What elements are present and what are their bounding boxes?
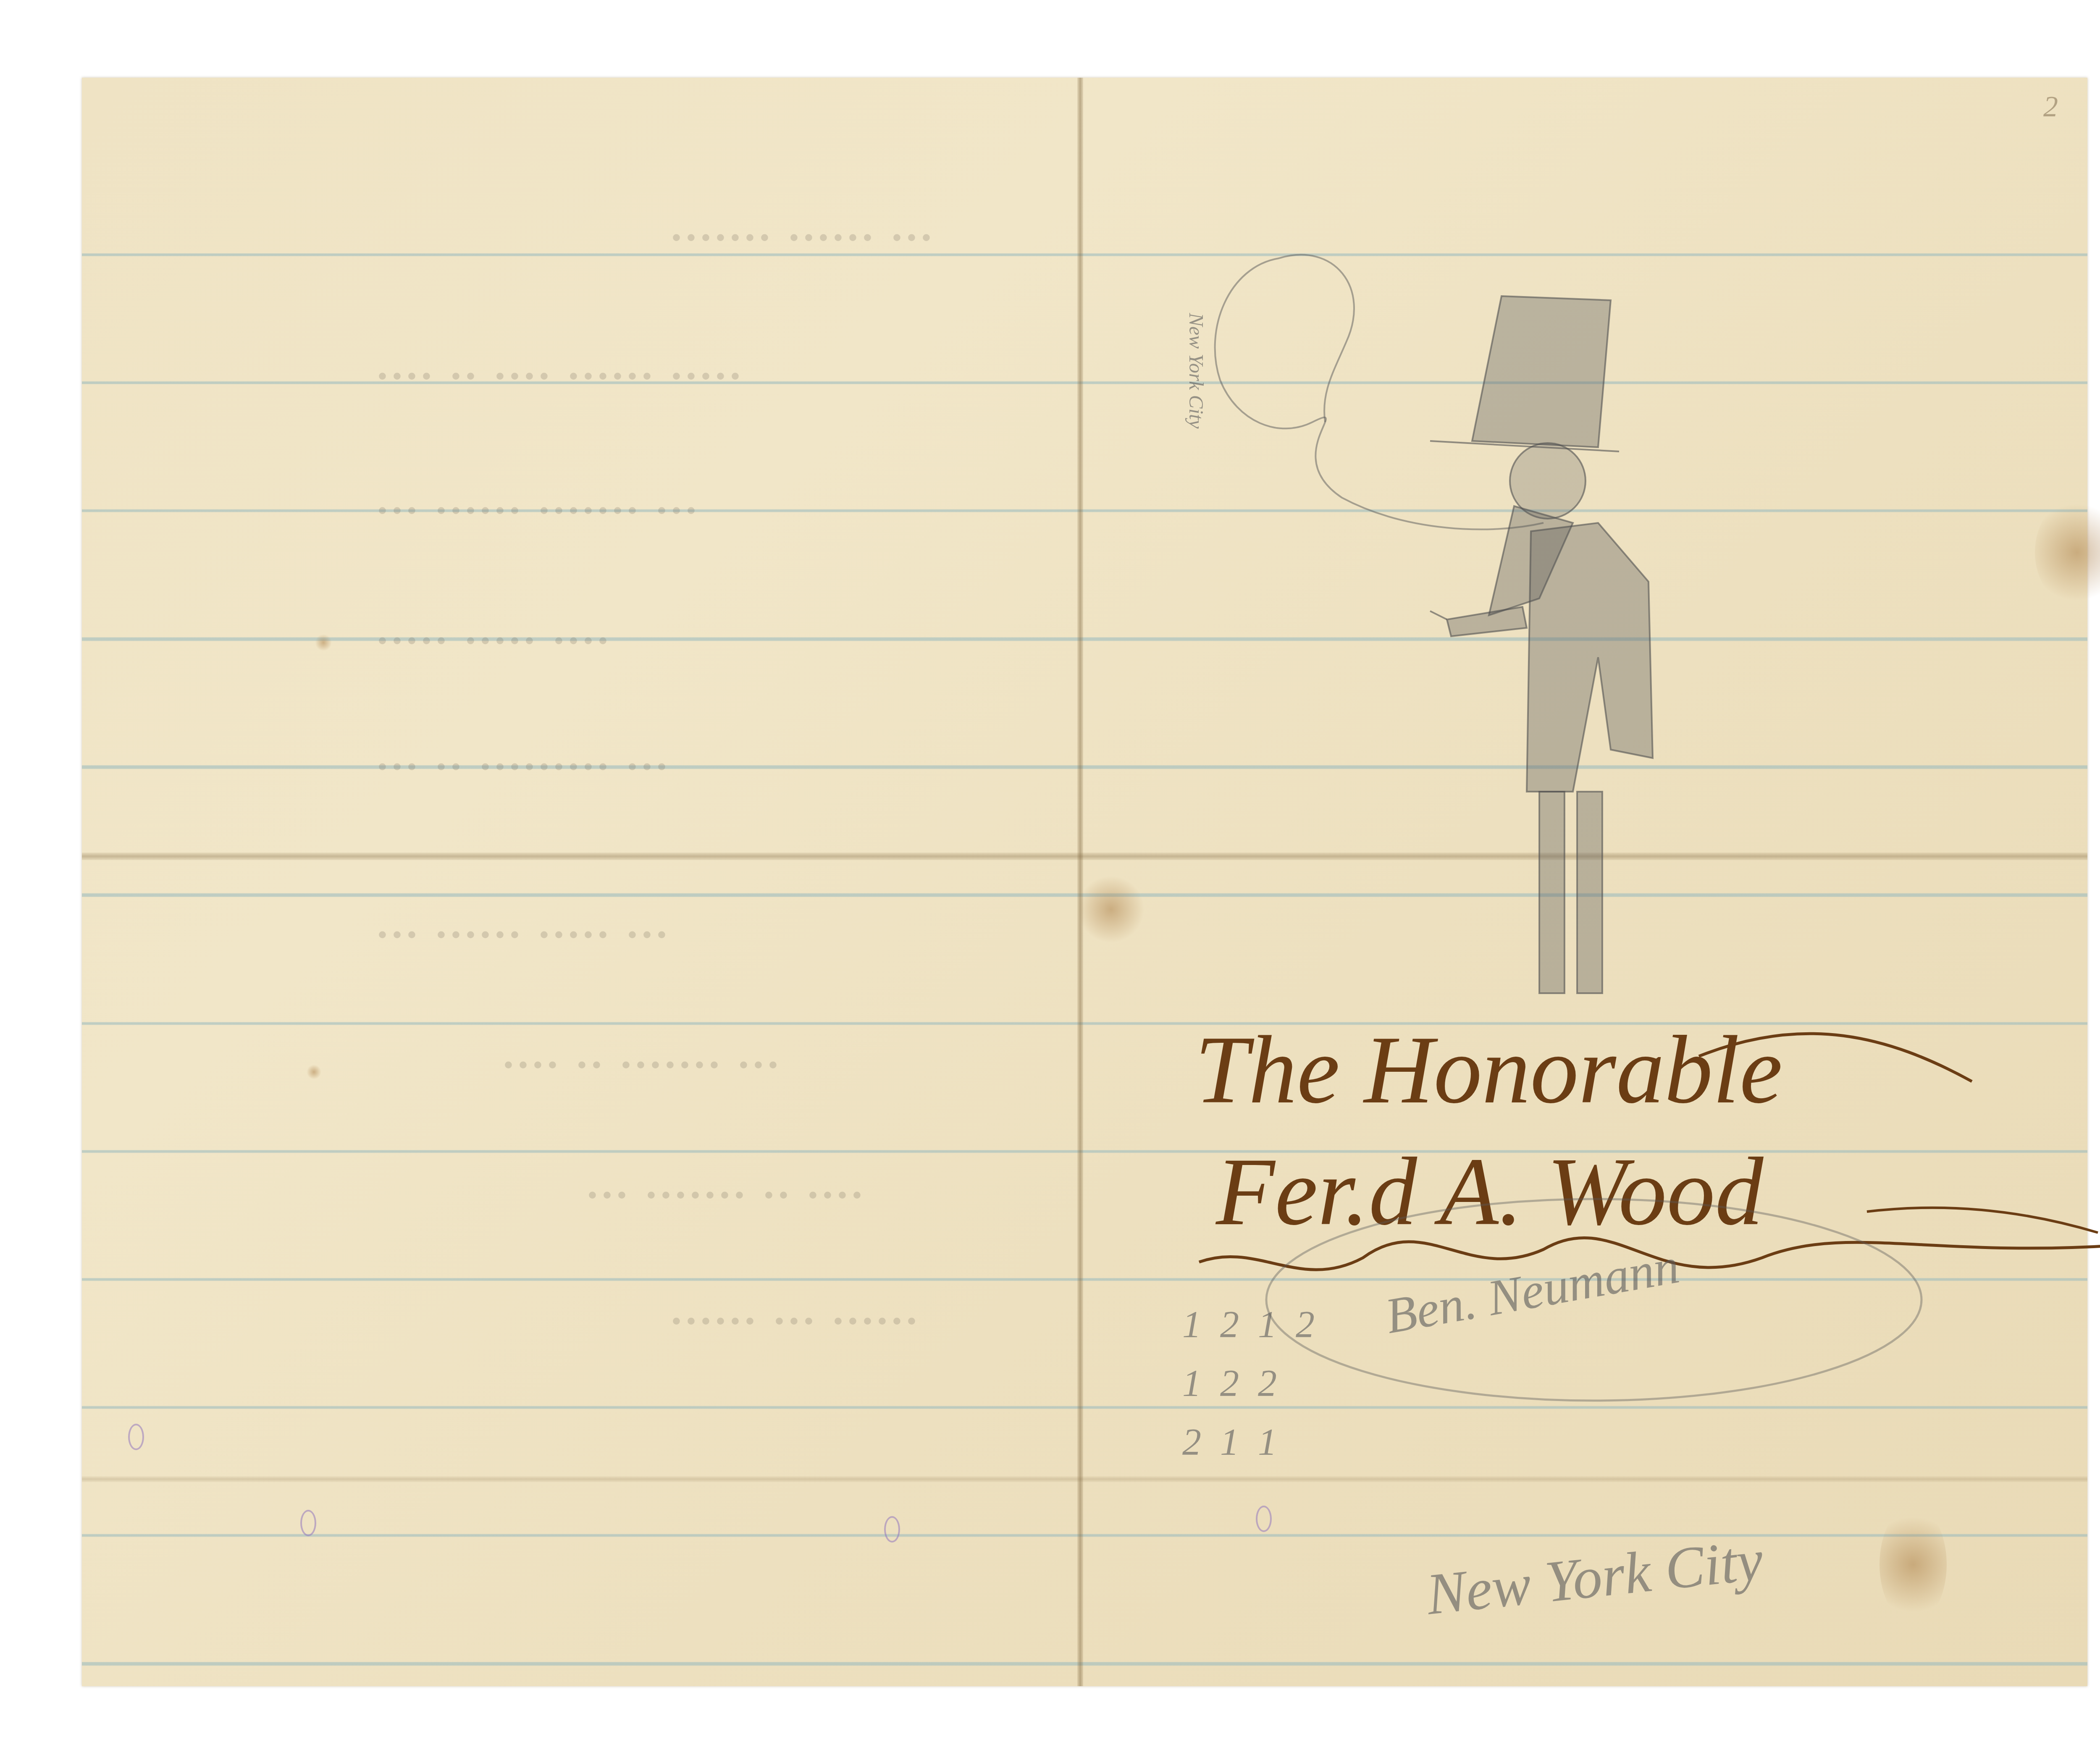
tally-mark: 1	[1220, 1422, 1239, 1463]
bleed-line: ··· ······· ·· ····	[502, 1031, 781, 1099]
bleed-line: ···· ·· ······· ···	[586, 1161, 865, 1229]
page-number: 2	[2043, 90, 2058, 124]
stain-center	[1077, 876, 1144, 943]
ruled-lines	[82, 78, 2087, 1686]
letter-sheet: 2 ··· ······ ······· ····· ······ ···· ·…	[82, 78, 2087, 1686]
tally-mark: 2	[1296, 1304, 1315, 1346]
purple-mark	[300, 1510, 316, 1536]
bleed-line: ··· ········· ·· ···	[376, 733, 670, 800]
tally-mark: 1	[1258, 1422, 1277, 1463]
top-hat-man-sketch	[1195, 204, 1783, 1044]
bleed-line: ··· ····· ······ ···	[376, 901, 670, 968]
horizontal-fold	[82, 853, 2087, 860]
vertical-fold	[1077, 78, 1083, 1686]
bleed-line: ··· ······· ······ ···	[376, 477, 699, 544]
spot-left-1	[315, 634, 332, 651]
purple-mark	[128, 1424, 144, 1450]
tally-mark: 2	[1220, 1363, 1239, 1404]
bleed-line: ···· ····· ·····	[376, 607, 611, 674]
tally-mark: 2	[1258, 1363, 1277, 1404]
tally-mark: 1	[1182, 1304, 1201, 1346]
spot-left-2	[307, 1065, 321, 1079]
speech-bubble-text: New York City	[1184, 313, 1207, 429]
purple-mark	[1256, 1506, 1272, 1532]
tally-mark: 2	[1220, 1304, 1239, 1346]
bleed-line: ··· ······ ·······	[670, 204, 934, 271]
tally-mark: 1	[1258, 1304, 1277, 1346]
bleed-line: ······ ··· ······	[670, 1287, 920, 1355]
lower-fold	[82, 1476, 2087, 1482]
tally-mark: 1	[1182, 1363, 1201, 1404]
bleed-line: ····· ······ ···· ·· ····	[376, 342, 743, 410]
tally-mark: 2	[1182, 1422, 1201, 1463]
purple-mark	[884, 1516, 900, 1543]
tally-column: 1 2 1 2 1 2 2 2 1 1	[1182, 1296, 1434, 1472]
stain-bottom-right	[1879, 1506, 1947, 1623]
